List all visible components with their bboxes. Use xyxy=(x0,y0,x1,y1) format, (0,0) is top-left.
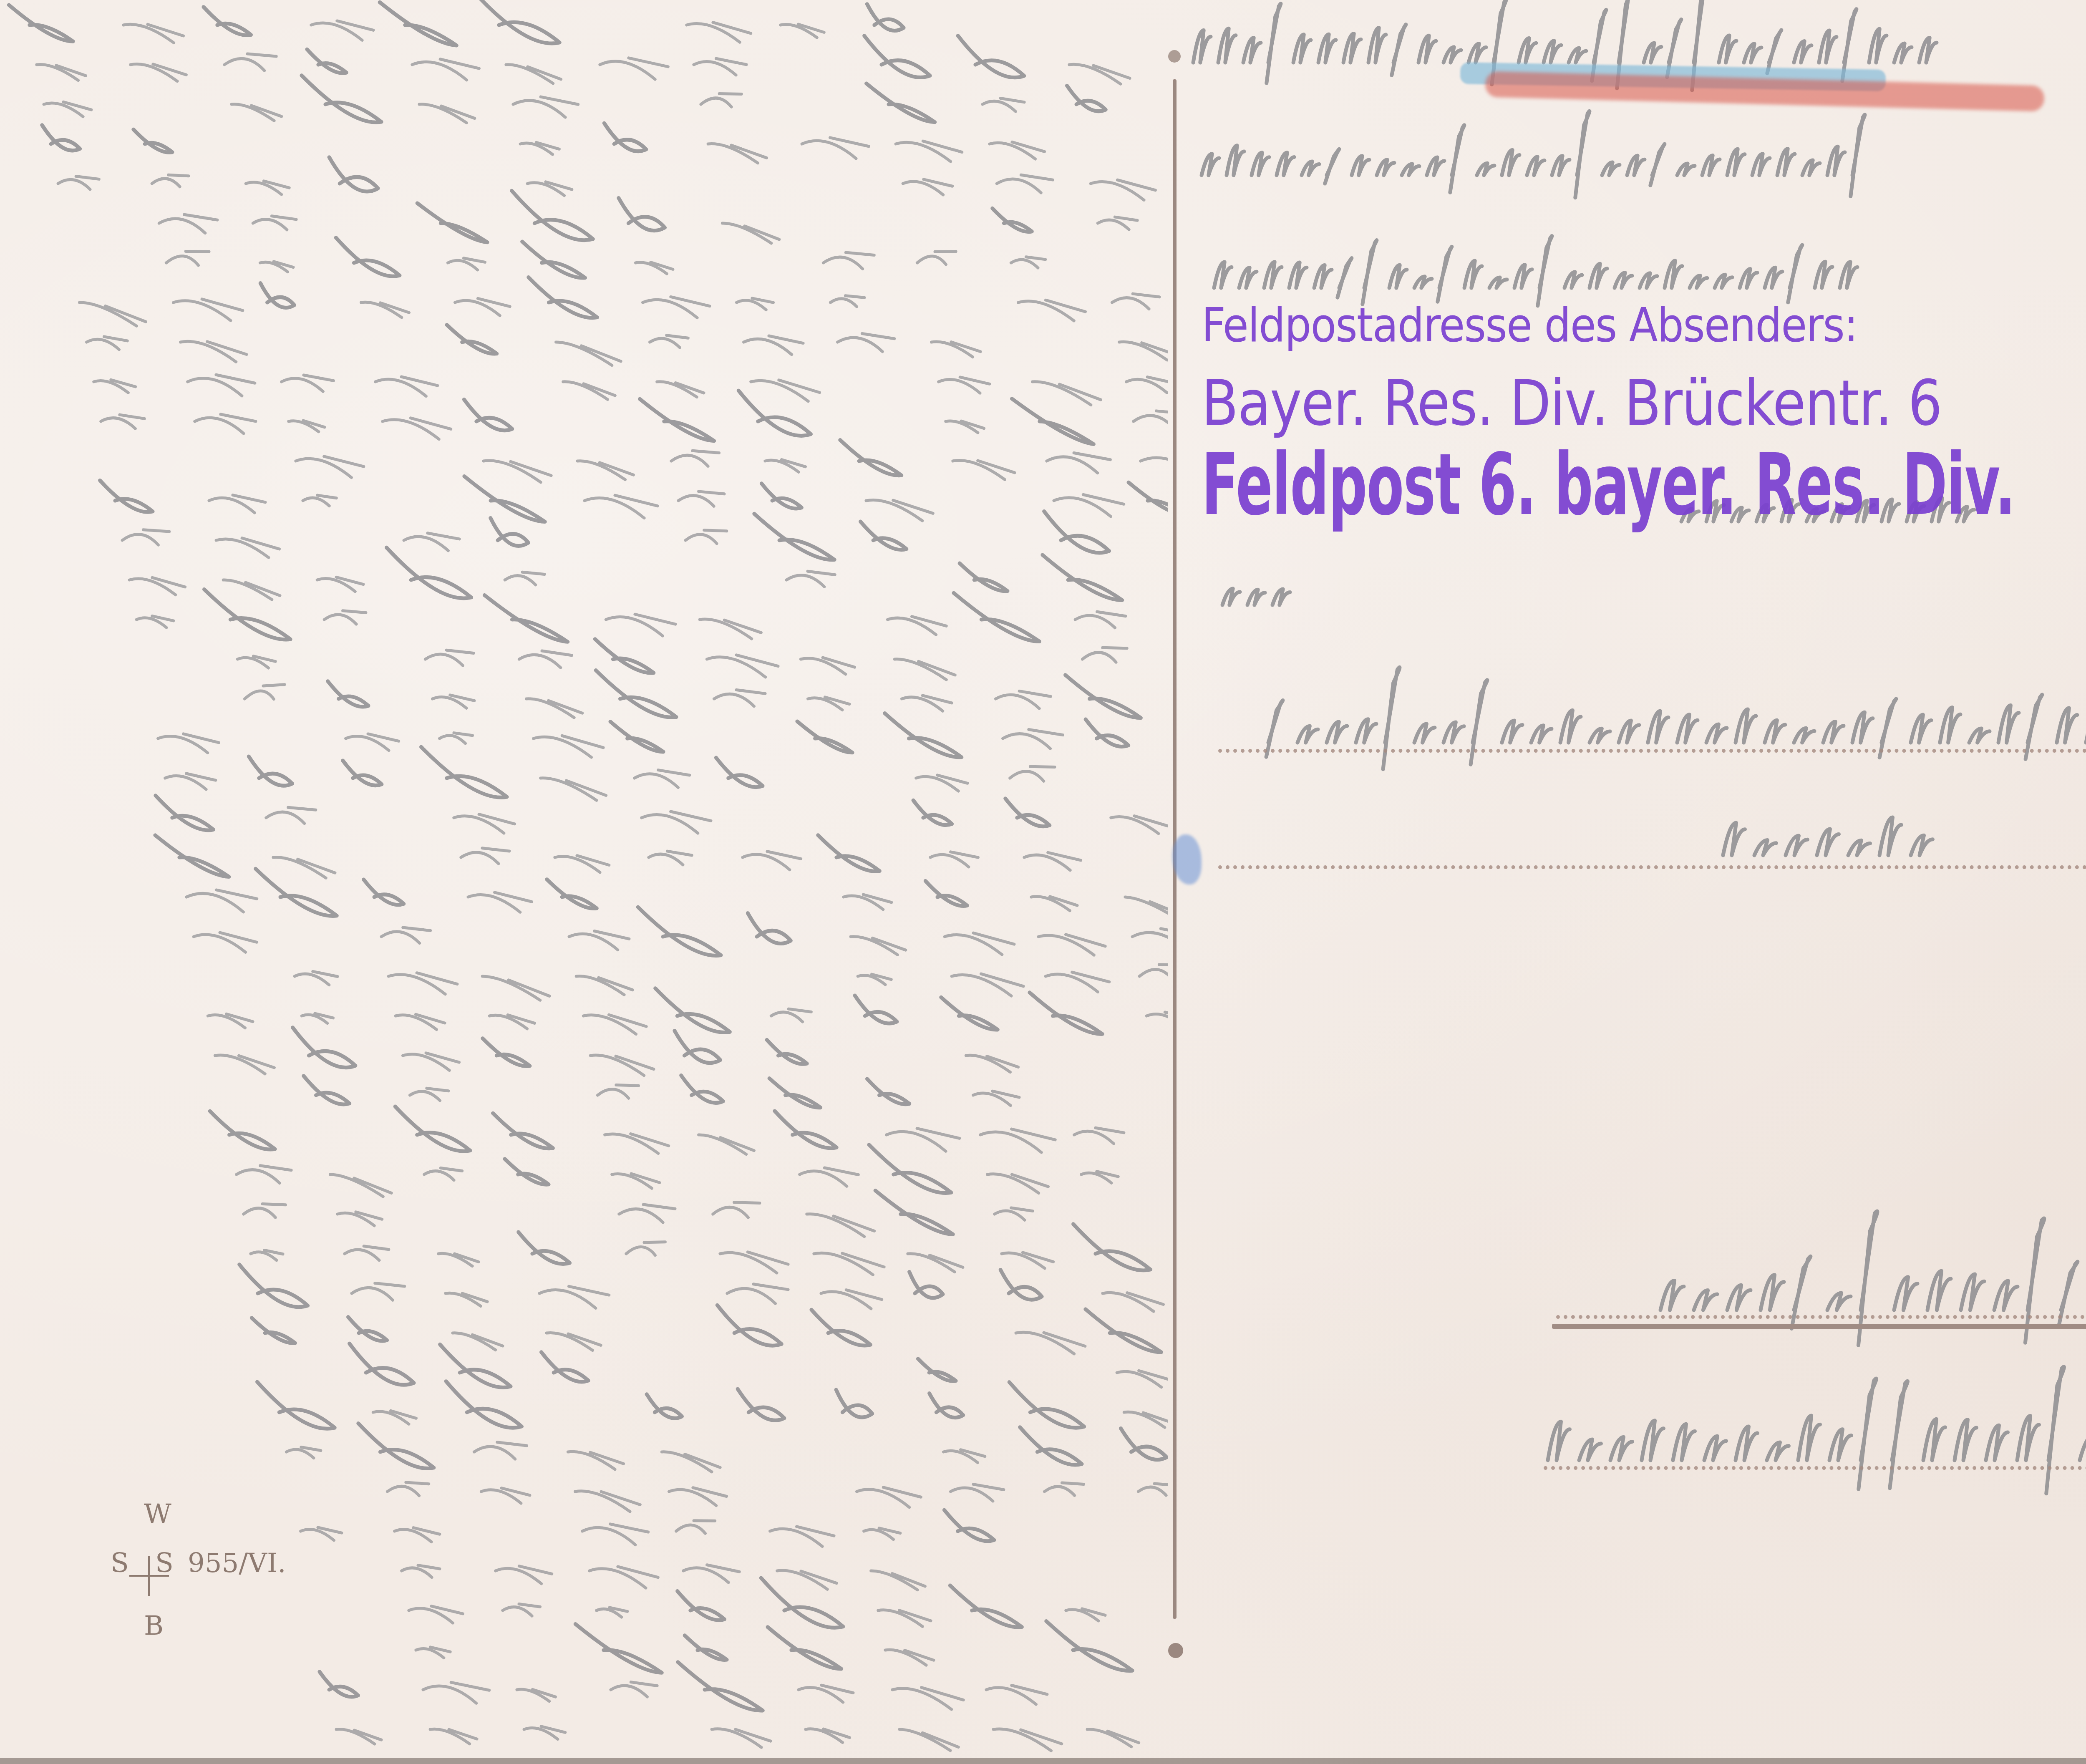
sender-stamp-line-2: Bayer. Res. Div. Brückentr. 6 xyxy=(1202,367,1942,440)
handwritten-address xyxy=(1181,0,2086,1764)
imprint-top: W xyxy=(144,1499,171,1530)
sender-stamp-line-3: Feldpost 6. bayer. Res. Div. xyxy=(1202,436,2015,534)
divider-dot-top xyxy=(1168,50,1181,63)
address-line-2 xyxy=(1218,865,2086,869)
imprint-bottom: B xyxy=(144,1610,164,1641)
card-edge xyxy=(0,1758,2086,1764)
postcard: FELD-POSTEXPED. K.B.6.RESERVE-DIVISION 1… xyxy=(0,0,2086,1764)
address-line-bold xyxy=(1552,1324,2086,1329)
address-line-4 xyxy=(1544,1466,2086,1470)
handwritten-message xyxy=(0,0,1168,1764)
sender-stamp-line-1: Feldpostadresse des Absenders: xyxy=(1202,298,1857,353)
imprint-right: S xyxy=(155,1548,174,1579)
address-line-1 xyxy=(1218,749,2086,753)
address-line-3 xyxy=(1556,1315,2086,1319)
imprint-series: 955/VI. xyxy=(188,1548,286,1579)
imprint-left: S xyxy=(111,1548,129,1579)
